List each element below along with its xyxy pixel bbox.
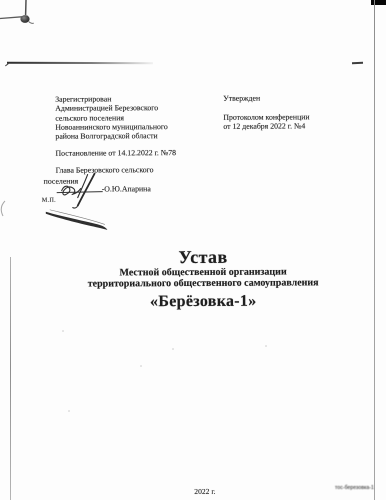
document-subtitle-line2: территориального общественного самоуправ… bbox=[20, 277, 386, 290]
registration-block: Зарегистрирован Администрацией Березовск… bbox=[55, 94, 168, 141]
approval-block: Утвержден Протоколом конференции от 12 д… bbox=[223, 93, 309, 131]
year-label: 2022 г. bbox=[194, 487, 215, 496]
organization-name: «Берёзовка-1» bbox=[20, 292, 386, 311]
signatory-title-line1: Глава Березовского сельского bbox=[56, 165, 154, 175]
document-title-block: Устав Местной общественной организации т… bbox=[20, 246, 386, 311]
signatory-name: -О.Ю.Апарина bbox=[102, 184, 151, 194]
registration-line: района Волгоградской области bbox=[55, 131, 168, 141]
approval-status: Утвержден bbox=[223, 93, 309, 103]
corner-watermark: тос-березовка-1 bbox=[335, 485, 374, 491]
registration-line: Администрацией Березовского bbox=[55, 103, 168, 113]
approval-line: от 12 декабря 2022 г. №4 bbox=[223, 121, 309, 131]
resolution-line: Постановление от 14.12.2022 г. №78 bbox=[55, 148, 176, 158]
signatory-title-line2: поселения bbox=[44, 177, 79, 186]
scanned-document-page: Зарегистрирован Администрацией Березовск… bbox=[0, 0, 386, 500]
approval-line: Протоколом конференции bbox=[223, 112, 309, 122]
document-title: Устав bbox=[20, 246, 386, 268]
pen-flourish-artifact bbox=[44, 206, 110, 232]
signature-line bbox=[57, 191, 103, 193]
seal-mark: М.П. bbox=[42, 197, 56, 204]
